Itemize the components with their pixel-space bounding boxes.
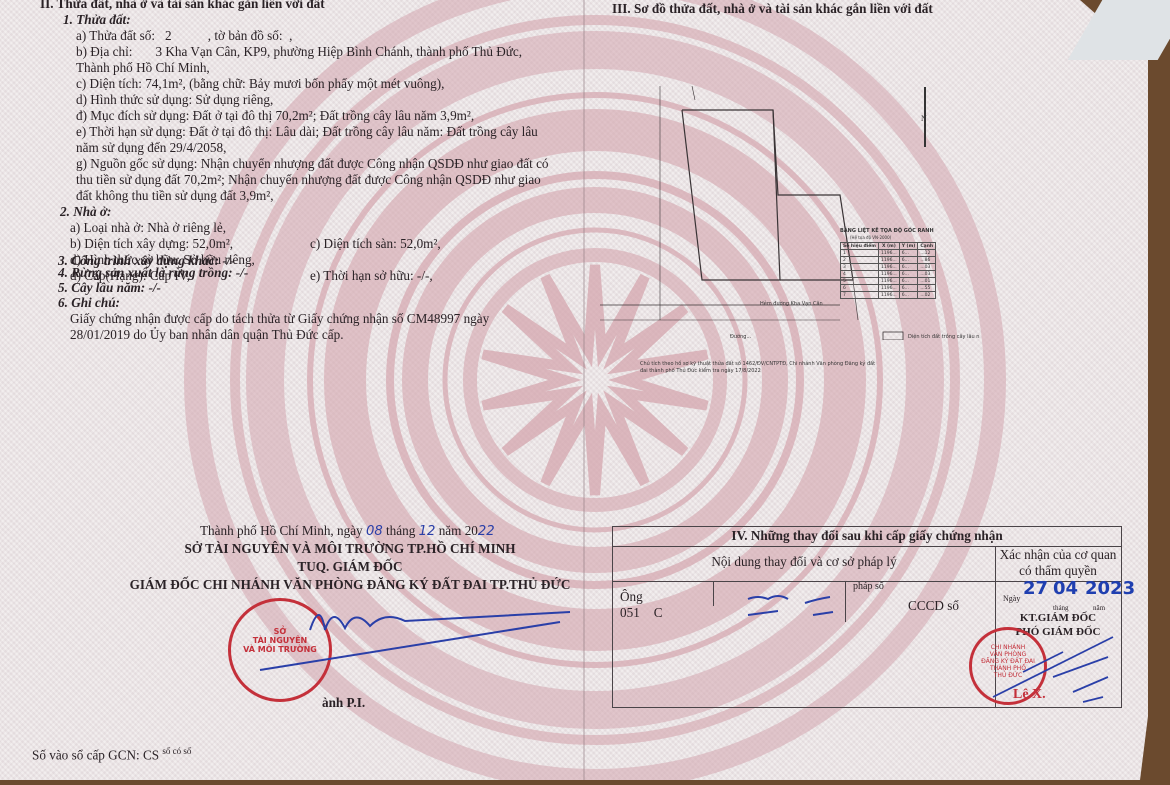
coord-table-cell: 7 <box>841 292 879 299</box>
diagram-note-line1: Chú tích theo hồ sơ kỹ thuật thửa đất số… <box>640 361 875 367</box>
signature-left <box>240 600 600 690</box>
entry-id-suffix: C <box>654 605 663 620</box>
forest: 4. Rừng sản xuất là rừng trồng: -/- <box>58 265 248 281</box>
section-iii-title: III. Sơ đồ thửa đất, nhà ở và tài sản kh… <box>612 1 933 17</box>
changes-title: IV. Những thay đổi sau khi cấp giấy chứn… <box>613 528 1121 544</box>
changes-col-confirm-1: Xác nhận của cơ quan <box>995 547 1121 563</box>
coord-table-cell: 1196... <box>878 264 899 271</box>
certificate-paper: II. Thửa đất, nhà ở và tài sản khác gắn … <box>0 0 1148 780</box>
coord-table-cell: 1196... <box>878 285 899 292</box>
confirm-date-label: Ngày <box>1003 591 1020 607</box>
house-floor-area: c) Diện tích sàn: 52,0m², <box>310 236 441 252</box>
coord-table-header: Số hiệu điểm <box>841 243 879 250</box>
north-arrow-icon: N <box>918 87 932 147</box>
coord-table-cell: 6... <box>899 271 918 278</box>
coord-table-row: 61196...6......55 <box>841 285 936 292</box>
coord-table-subtitle: (Hệ tọa độ VN-2000) <box>850 235 891 240</box>
coord-table-title: BẢNG LIỆT KÊ TỌA ĐỘ GÓC RANH <box>840 228 934 234</box>
land-area: c) Diện tích: 74,1m², (bằng chữ: Bảy mươ… <box>76 76 444 92</box>
changes-table: IV. Những thay đổi sau khi cấp giấy chứn… <box>612 526 1122 708</box>
coord-table-cell: 6 <box>841 285 879 292</box>
coord-table-cell: 1196... <box>878 278 899 285</box>
coord-table-row: 41196...6......03 <box>841 271 936 278</box>
coord-table-cell: ...86 <box>918 257 936 264</box>
coord-table-cell: 6... <box>899 278 918 285</box>
coord-table-cell: 3 <box>841 264 879 271</box>
issue-date-line: Thành phố Hồ Chí Minh, ngày 08 tháng 12 … <box>200 523 495 540</box>
coord-table-cell: 1196... <box>878 250 899 257</box>
coord-table-cell: 2 <box>841 257 879 264</box>
register-number-label: Số vào sổ cấp GCN: CS <box>32 747 159 762</box>
house-heading: 2. Nhà ở: <box>60 204 111 220</box>
coord-table-cell: 4 <box>841 271 879 278</box>
coord-table-row: 21196...6......86 <box>841 257 936 264</box>
house-building-area: b) Diện tích xây dựng: 52,0m², <box>70 236 233 252</box>
entry-phap-so: pháp số <box>853 579 884 595</box>
diagram-note-line2: đai thành phố Thủ Đức kiểm tra ngày 17/8… <box>640 368 761 374</box>
land-parcel-number: a) Thửa đất số: 2 , tờ bản đồ số: , <box>76 28 292 44</box>
coord-table-cell: 1196... <box>878 257 899 264</box>
land-usage-term-line1: e) Thời hạn sử dụng: Đất ở tại đô thị: L… <box>76 124 538 140</box>
coord-table-header: Y (m) <box>899 243 918 250</box>
coord-table-header: Cạnh <box>918 243 936 250</box>
handwritten-redaction <box>743 585 843 625</box>
land-origin-line3: đất không thu tiền sử dụng đất 3,9m², <box>76 188 274 204</box>
coord-table-cell: ...03 <box>918 264 936 271</box>
house-ownership-term: e) Thời hạn sở hữu: -/-, <box>310 268 433 284</box>
issuing-org: SỞ TÀI NGUYÊN VÀ MÔI TRƯỜNG TP.HỒ CHÍ MI… <box>100 541 600 557</box>
register-number: Số vào sổ cấp GCN: CS số có số <box>32 743 191 764</box>
coord-table-cell: 6... <box>899 257 918 264</box>
notes-line1: Giấy chứng nhận được cấp do tách thửa từ… <box>70 311 489 327</box>
scale-label: Đường... <box>730 333 752 340</box>
issue-month-label: tháng <box>386 523 415 538</box>
land-usage-form: d) Hình thức sử dụng: Sử dụng riêng, <box>76 92 273 108</box>
land-usage-purpose: đ) Mục đích sử dụng: Đất ở tại đô thị 70… <box>76 108 474 124</box>
changes-header-row: Nội dung thay đổi và cơ sở pháp lý Xác n… <box>613 546 1121 582</box>
coord-table-cell: 1 <box>841 250 879 257</box>
changes-col-confirm-2: có thẩm quyền <box>995 563 1121 579</box>
road-label: Hẻm đường Kha Vạn Cân <box>760 300 823 307</box>
confirm-signer: Lê X. <box>1013 687 1046 703</box>
section-ii-title: II. Thửa đất, nhà ở và tài sản khác gắn … <box>40 0 325 12</box>
entry-cccd: CCCD số <box>908 598 959 614</box>
coord-table-row: 31196...6......03 <box>841 264 936 271</box>
land-usage-term-line2: năm sử dụng đến 29/4/2058, <box>76 140 226 156</box>
register-superscript: số có số <box>162 746 191 756</box>
coord-table-cell: 6... <box>899 250 918 257</box>
signer-title: GIÁM ĐỐC CHI NHÁNH VĂN PHÒNG ĐĂNG KÝ ĐẤT… <box>100 577 600 593</box>
land-origin-line2: thu tiền sử dụng đất 70,2m²; Nhận chuyển… <box>76 172 541 188</box>
house-type: a) Loại nhà ở: Nhà ở riêng lẻ, <box>70 220 226 236</box>
notes-line2: 28/01/2019 do Ủy ban nhân dân quận Thủ Đ… <box>70 327 344 343</box>
entry-id-prefix: 051 <box>620 605 640 620</box>
issue-year-label: năm 20 <box>439 523 478 538</box>
perennial-trees: 5. Cây lâu năm: -/- <box>58 280 161 296</box>
coord-table-header: X (m) <box>878 243 899 250</box>
signer-name-partial: ành P.I. <box>322 695 365 711</box>
legend-label: Diện tích đất trồng cây lâu năm được chứ… <box>908 332 980 340</box>
coord-table-row: 71196...6......02 <box>841 292 936 299</box>
issue-month: 12 <box>419 524 436 539</box>
coord-table-cell: ...55 <box>918 285 936 292</box>
coord-table-row: 11196...6......12 <box>841 250 936 257</box>
coord-table-cell: 5 <box>841 278 879 285</box>
changes-title-row: IV. Những thay đổi sau khi cấp giấy chứn… <box>613 527 1121 547</box>
land-address-line2: Thành phố Hồ Chí Minh, <box>76 60 210 76</box>
svg-text:N: N <box>921 114 927 123</box>
coord-table-cell: ...12 <box>918 250 936 257</box>
land-heading: 1. Thửa đất: <box>63 12 131 28</box>
coord-table-cell: ...03 <box>918 271 936 278</box>
issue-date-prefix: Thành phố Hồ Chí Minh, ngày <box>200 523 363 538</box>
entry-name-label: Ông <box>620 589 643 605</box>
signature-right <box>983 617 1123 707</box>
on-behalf-title: TUQ. GIÁM ĐỐC <box>100 559 600 575</box>
confirm-month: 04 <box>1053 581 1078 597</box>
coord-table-cell: 6... <box>899 264 918 271</box>
land-origin-line1: g) Nguồn gốc sử dụng: Nhận chuyển nhượng… <box>76 156 549 172</box>
issue-day: 08 <box>366 524 383 539</box>
coord-table-cell: ...01 <box>918 278 936 285</box>
changes-col-content: Nội dung thay đổi và cơ sở pháp lý <box>613 554 995 570</box>
coord-table-row: 51196...6......01 <box>841 278 936 285</box>
entry-id-partial: 051C <box>620 605 663 621</box>
coord-table-cell: 6... <box>899 285 918 292</box>
issue-year-suffix: 22 <box>478 524 495 539</box>
coord-table-cell: 1196... <box>878 292 899 299</box>
coord-table-cell: 1196... <box>878 271 899 278</box>
confirm-day: 27 <box>1023 581 1048 597</box>
coord-table-cell: 6... <box>899 292 918 299</box>
confirm-year: 2023 <box>1085 581 1135 597</box>
coordinate-table: Số hiệu điểmX (m)Y (m)Cạnh 11196...6....… <box>840 242 936 299</box>
land-address-line1: b) Địa chỉ: 3 Kha Vạn Cân, KP9, phường H… <box>76 44 522 60</box>
coord-table-cell: ...02 <box>918 292 936 299</box>
notes-heading: 6. Ghi chú: <box>58 295 120 311</box>
